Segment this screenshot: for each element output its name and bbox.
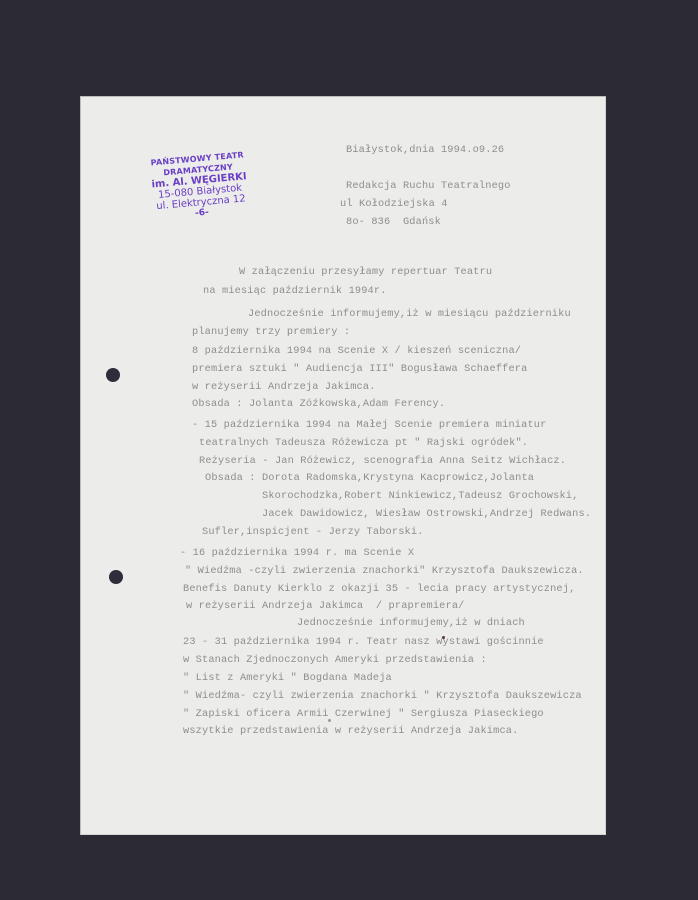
- body-line: w reżyserii Andrzeja Jakimca / prapremie…: [186, 600, 464, 612]
- body-line: w reżyserii Andrzeja Jakimca.: [192, 381, 376, 393]
- ink-speck: [442, 636, 445, 639]
- recipient-line: Redakcja Ruchu Teatralnego: [346, 180, 511, 192]
- body-line: Jednocześnie informujemy,iż w miesiącu p…: [248, 308, 571, 320]
- body-line: teatralnych Tadeusza Różewicza pt " Rajs…: [199, 437, 528, 449]
- body-line: Reżyseria - Jan Różewicz, scenografia An…: [199, 455, 566, 467]
- body-line: Jacek Dawidowicz, Wiesław Ostrowski,Andr…: [262, 508, 591, 520]
- body-line: Obsada : Dorota Radomska,Krystyna Kacpro…: [205, 472, 534, 484]
- body-line: " Zapiski oficera Armii Czerwinej " Serg…: [183, 708, 544, 720]
- punch-hole: [106, 368, 120, 382]
- body-line: Benefis Danuty Kierklo z okazji 35 - lec…: [183, 583, 575, 595]
- body-line: Sufler,inspicjent - Jerzy Taborski.: [202, 526, 424, 538]
- theatre-stamp: PAŃSTWOWY TEATR DRAMATYCZNY im. Al. WĘGI…: [122, 147, 277, 226]
- body-line: " List z Ameryki " Bogdana Madeja: [183, 672, 392, 684]
- body-line: Jednocześnie informujemy,iż w dniach: [297, 617, 525, 629]
- body-line: wszytkie przedstawienia w reżyserii Andr…: [183, 725, 518, 737]
- body-line: Obsada : Jolanta Zóźkowska,Adam Ferency.: [192, 398, 445, 410]
- ink-speck: [328, 719, 331, 722]
- body-line: 8 października 1994 na Scenie X / kiesze…: [192, 345, 521, 357]
- body-line: premiera sztuki " Audiencja III" Bogusła…: [192, 363, 527, 375]
- recipient-line: 8o- 836 Gdańsk: [346, 216, 441, 228]
- body-line: " Wiedźma- czyli zwierzenia znachorki " …: [183, 690, 582, 702]
- body-line: - 15 października 1994 na Małej Scenie p…: [192, 419, 546, 431]
- body-line: planujemy trzy premiery :: [192, 326, 350, 338]
- body-line: w Stanach Zjednoczonych Ameryki przedsta…: [183, 654, 487, 666]
- body-line: na miesiąc październik 1994r.: [203, 285, 387, 297]
- body-line: " Wiedźma -czyli zwierzenia znachorki" K…: [185, 565, 584, 577]
- body-line: Skorochodzka,Robert Ninkiewicz,Tadeusz G…: [262, 490, 578, 502]
- body-line: W załączeniu przesyłamy repertuar Teatru: [239, 266, 492, 278]
- body-line: 23 - 31 października 1994 r. Teatr nasz …: [183, 636, 544, 648]
- punch-hole: [109, 570, 123, 584]
- place-date: Białystok,dnia 1994.o9.26: [346, 144, 504, 156]
- body-line: - 16 października 1994 r. ma Scenie X: [180, 547, 414, 559]
- recipient-line: ul Kołodziejska 4: [340, 198, 448, 210]
